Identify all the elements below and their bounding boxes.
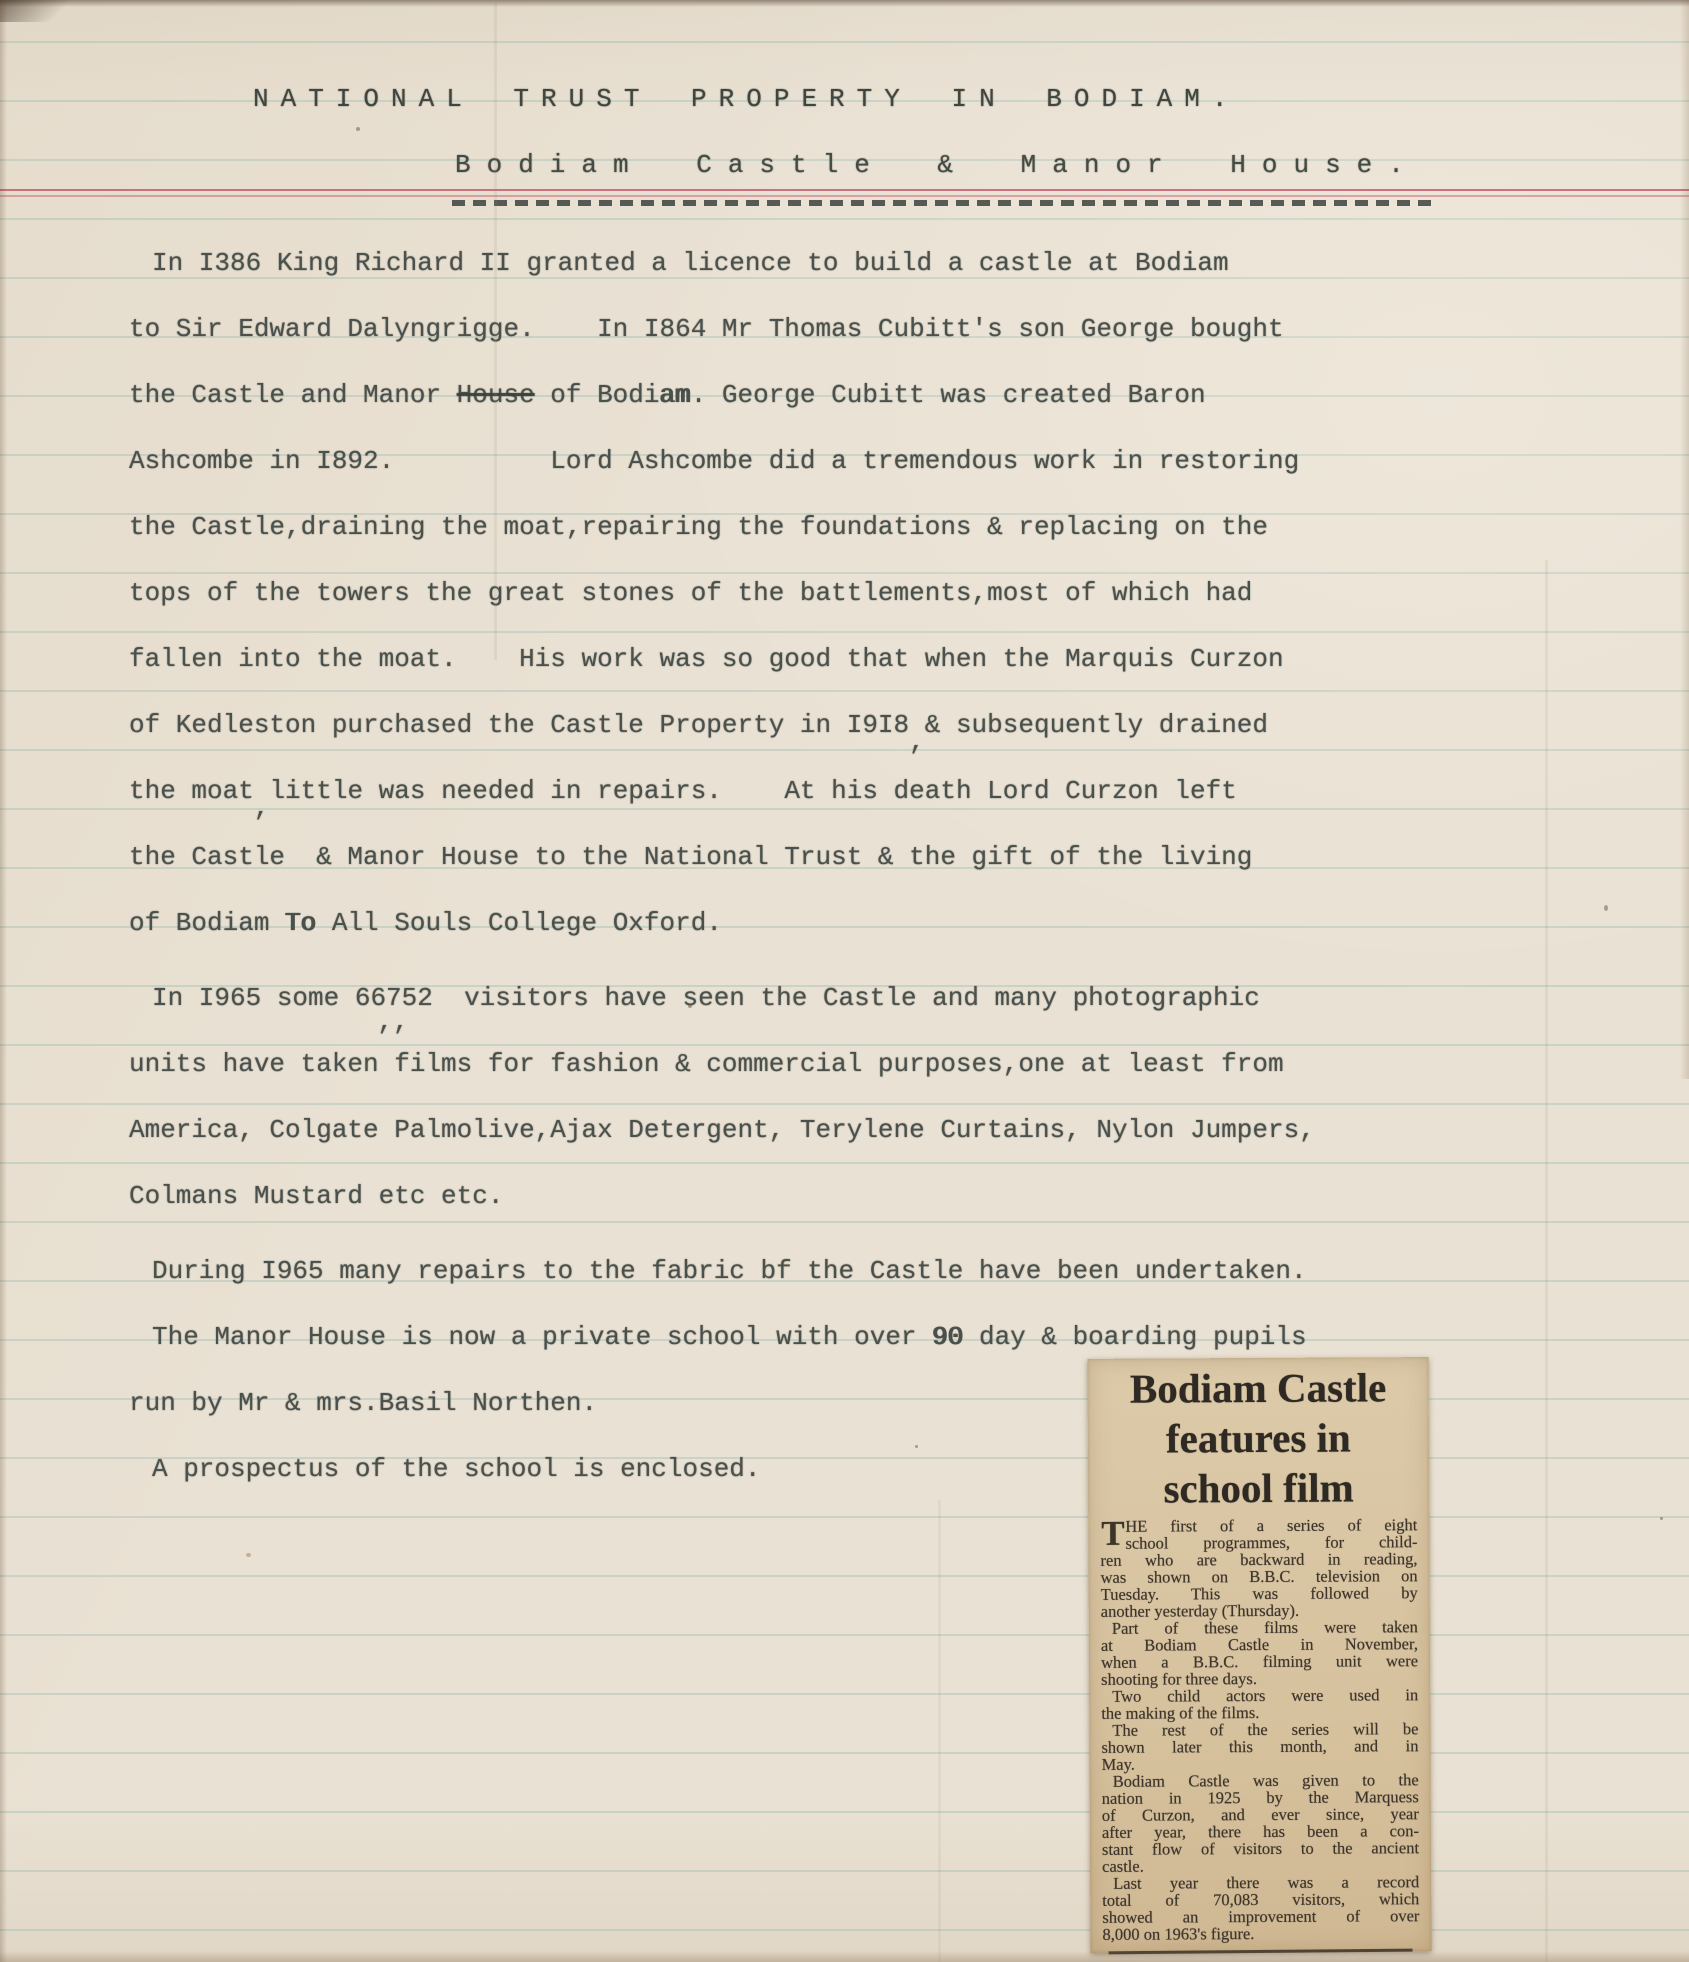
typed-dashed-underline — [452, 200, 1437, 206]
typed-text: to Sir Edward Dalyngrigge. In I864 Mr Th… — [129, 314, 1284, 344]
clipping-dropcap: T — [1101, 1518, 1125, 1550]
typed-line: During I965 many repairs to the fabric b… — [129, 1238, 1659, 1304]
typed-line: the Castle and Manor House of Bodiam. Ge… — [129, 362, 1659, 428]
typed-text: little was needed in repairs. At his dea… — [269, 776, 1236, 806]
typed-text: During I965 many repairs to the fabric b… — [152, 1256, 1307, 1286]
clipping-paragraph: THE first of a series of eightschool pro… — [1100, 1516, 1418, 1620]
typed-text: , — [254, 775, 270, 841]
typed-text: 90 — [932, 1322, 963, 1352]
typed-text: 6 — [370, 965, 386, 1031]
typed-text: & subsequently drained — [925, 710, 1268, 740]
paper-speck — [246, 1553, 251, 1557]
typed-text: of Bodi — [535, 380, 660, 410]
typed-line: units have taken films for fashion & com… — [129, 1031, 1659, 1097]
clipping-line: showed an improvement of over — [1102, 1907, 1419, 1926]
page-corner-top-left — [0, 0, 90, 22]
typed-line: The Manor House is now a private school … — [129, 1304, 1659, 1370]
typed-line: fallen into the moat. His work was so go… — [129, 626, 1659, 692]
typed-line: of Bodiam To All Souls College Oxford. — [129, 890, 1659, 956]
typed-text: In I386 King Richard II granted a licenc… — [152, 248, 1229, 278]
typed-line: In I386 King Richard II granted a licenc… — [129, 230, 1659, 296]
typed-text: of Bodiam — [129, 908, 285, 938]
struck-text: House — [457, 380, 535, 410]
typed-text: the Castle & Manor House to the National… — [129, 842, 1252, 872]
clipping-paragraph: Last year there was a recordtotal of 70,… — [1102, 1873, 1419, 1943]
page-edge-bottom — [0, 1951, 1689, 1962]
typed-line: Ashcombe in I892. Lord Ashcombe did a tr… — [129, 428, 1659, 494]
headline-line: school film — [1100, 1462, 1417, 1514]
paper-speck — [915, 1445, 918, 1448]
typed-text: All Souls College Oxford. — [316, 908, 722, 938]
typed-line: run by Mr & mrs.Basil Northen. — [129, 1370, 1659, 1436]
typed-text: tops of the towers the great stones of t… — [129, 578, 1252, 608]
typed-line: the moat,little was needed in repairs. A… — [129, 758, 1659, 824]
newspaper-clipping: Bodiam Castlefeatures inschool film THE … — [1087, 1357, 1431, 1953]
typed-text: 52 visitors have seen the Castle and man… — [402, 983, 1260, 1013]
paper-speck — [1660, 1517, 1663, 1520]
clipping-line: when a B.B.C. filming unit were — [1101, 1652, 1418, 1671]
typed-line: America, Colgate Palmolive,Ajax Detergen… — [129, 1097, 1659, 1163]
page-title: NATIONAL TRUST PROPERTY IN BODIAM. — [253, 84, 1240, 114]
typed-text: of Kedleston purchased the Castle Proper… — [129, 710, 909, 740]
paper-speck — [688, 1004, 692, 1008]
clipping-line: stant flow of visitors to the ancient — [1102, 1839, 1419, 1858]
clipping-paragraph: Two child actors were used inthe making … — [1101, 1686, 1418, 1722]
typed-text: units have taken films for fashion & com… — [129, 1049, 1284, 1079]
typed-text: The Manor House is now a private school … — [152, 1322, 932, 1352]
typed-body: In I386 King Richard II granted a licenc… — [129, 230, 1659, 1502]
typed-line: In I965 some 66752 visitors have seen th… — [129, 965, 1659, 1031]
typed-line: Colmans Mustard etc etc. — [129, 1163, 1659, 1229]
typed-text: Colmans Mustard etc etc. — [129, 1181, 503, 1211]
typed-line: the Castle,draining the moat,repairing t… — [129, 494, 1659, 560]
typed-line: tops of the towers the great stones of t… — [129, 560, 1659, 626]
clipping-line: Two child actors were used in — [1101, 1686, 1418, 1705]
typed-text: In I965 some 6 — [152, 983, 370, 1013]
typed-text: day & boarding pupils — [963, 1322, 1306, 1352]
clipping-paragraph: The rest of the series will beshown late… — [1101, 1720, 1418, 1773]
page-edge-right — [1680, 0, 1689, 1079]
typed-text: am — [660, 380, 691, 410]
typed-text: the Castle,draining the moat,repairing t… — [129, 512, 1268, 542]
clipping-paragraph: Bodiam Castle was given to thenation in … — [1102, 1771, 1420, 1875]
typed-line: the Castle & Manor House to the National… — [129, 824, 1659, 890]
typed-text: fallen into the moat. His work was so go… — [129, 644, 1284, 674]
clipping-line: shown later this month, and in — [1101, 1737, 1418, 1756]
typed-text: To — [285, 908, 316, 938]
page-subtitle: Bodiam Castle & Manor House. — [455, 150, 1420, 180]
page-edge-top — [0, 0, 1689, 7]
notebook-page: NATIONAL TRUST PROPERTY IN BODIAM. Bodia… — [0, 0, 1689, 1962]
clipping-line: 8,000 on 1963's figure. — [1102, 1924, 1419, 1943]
paper-speck — [356, 127, 360, 131]
typed-text: A prospectus of the school is enclosed. — [152, 1454, 761, 1484]
typed-text: America, Colgate Palmolive,Ajax Detergen… — [129, 1115, 1315, 1145]
typed-text: Ashcombe in I892. Lord Ashcombe did a tr… — [129, 446, 1299, 476]
typed-text: , — [909, 709, 925, 775]
clipping-body: THE first of a series of eightschool pro… — [1100, 1516, 1419, 1943]
headline-line: Bodiam Castle — [1099, 1362, 1416, 1414]
paper-speck — [1604, 905, 1608, 911]
clipping-paragraph: Part of these films were takenat Bodiam … — [1101, 1618, 1418, 1688]
typed-text: the moat — [129, 776, 254, 806]
typed-line: to Sir Edward Dalyngrigge. In I864 Mr Th… — [129, 296, 1659, 362]
page-edge-left — [0, 0, 7, 1962]
red-double-rule — [0, 189, 1689, 197]
typed-line: of Kedleston purchased the Castle Proper… — [129, 692, 1659, 758]
paper-crease — [938, 1500, 941, 1962]
typed-text: 7 — [386, 965, 402, 1031]
typed-text: the Castle and Manor — [129, 380, 457, 410]
typed-line: A prospectus of the school is enclosed. — [129, 1436, 1659, 1502]
typed-text: run by Mr & mrs.Basil Northen. — [129, 1388, 597, 1418]
headline-line: features in — [1100, 1412, 1417, 1464]
typed-text: . George Cubitt was created Baron — [691, 380, 1206, 410]
clipping-headline: Bodiam Castlefeatures inschool film — [1099, 1362, 1417, 1514]
